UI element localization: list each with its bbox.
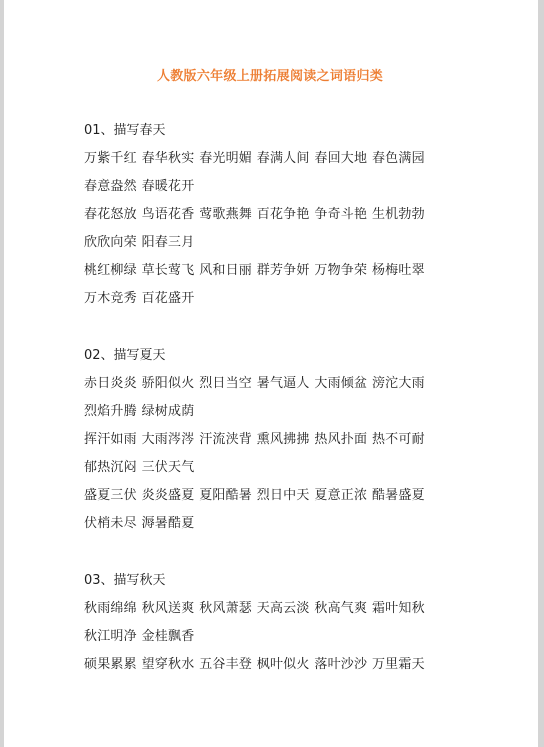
- idiom-word: 百花争艳: [257, 206, 310, 224]
- idiom-word: 万里霜天: [372, 656, 425, 674]
- word-line: 盛夏三伏炎炎盛夏夏阳酷暑烈日中天夏意正浓酷暑盛夏: [84, 487, 434, 505]
- idiom-word: 春花怒放: [84, 206, 137, 224]
- idiom-word: 望穿秋水: [142, 656, 195, 674]
- idiom-word: 五谷丰登: [199, 656, 252, 674]
- idiom-word: 酷暑盛夏: [372, 487, 425, 505]
- word-line: 烈焰升腾绿树成荫: [84, 403, 434, 421]
- idiom-word: 硕果累累: [84, 656, 137, 674]
- idiom-word: 烈焰升腾: [84, 403, 137, 421]
- idiom-word: 春回大地: [314, 150, 367, 168]
- idiom-word: 赤日炎炎: [84, 375, 137, 393]
- idiom-word: 绿树成荫: [142, 403, 195, 421]
- idiom-word: 大雨倾盆: [314, 375, 367, 393]
- word-line: 挥汗如雨大雨涔涔汗流浃背熏风拂拂热风扑面热不可耐: [84, 431, 434, 449]
- idiom-word: 三伏天气: [142, 459, 195, 477]
- idiom-word: 生机勃勃: [372, 206, 425, 224]
- idiom-word: 春暖花开: [142, 178, 195, 196]
- word-line: 万紫千红春华秋实春光明媚春满人间春回大地春色满园: [84, 150, 434, 168]
- idiom-word: 金桂飘香: [142, 628, 195, 646]
- document-title: 人教版六年级上册拓展阅读之词语归类: [0, 68, 540, 86]
- idiom-word: 万物争荣: [314, 262, 367, 280]
- idiom-word: 烈日中天: [257, 487, 310, 505]
- idiom-word: 落叶沙沙: [314, 656, 367, 674]
- idiom-word: 秋风萧瑟: [199, 600, 252, 618]
- idiom-word: 春满人间: [257, 150, 310, 168]
- idiom-word: 百花盛开: [142, 290, 195, 308]
- idiom-word: 大雨涔涔: [142, 431, 195, 449]
- idiom-word: 桃红柳绿: [84, 262, 137, 280]
- page-edge-right: [538, 0, 544, 747]
- idiom-word: 熏风拂拂: [257, 431, 310, 449]
- idiom-word: 滂沱大雨: [372, 375, 425, 393]
- idiom-word: 天高云淡: [257, 600, 310, 618]
- idiom-word: 鸟语花香: [142, 206, 195, 224]
- idiom-word: 热不可耐: [372, 431, 425, 449]
- idiom-word: 挥汗如雨: [84, 431, 137, 449]
- idiom-word: 莺歌燕舞: [199, 206, 252, 224]
- idiom-word: 盛夏三伏: [84, 487, 137, 505]
- idiom-word: 夏阳酷暑: [199, 487, 252, 505]
- word-line: 硕果累累望穿秋水五谷丰登枫叶似火落叶沙沙万里霜天: [84, 656, 434, 674]
- idiom-word: 秋雨绵绵: [84, 600, 137, 618]
- idiom-word: 夏意正浓: [314, 487, 367, 505]
- idiom-word: 春色满园: [372, 150, 425, 168]
- word-line: 伏梢未尽溽暑酷夏: [84, 515, 434, 533]
- idiom-word: 霜叶知秋: [372, 600, 425, 618]
- idiom-word: 欣欣向荣: [84, 234, 137, 252]
- idiom-word: 草长莺飞: [142, 262, 195, 280]
- idiom-word: 春意盎然: [84, 178, 137, 196]
- idiom-word: 春光明媚: [199, 150, 252, 168]
- section-heading-autumn: 03、描写秋天: [84, 572, 166, 590]
- section-heading-summer: 02、描写夏天: [84, 347, 166, 365]
- idiom-word: 枫叶似火: [257, 656, 310, 674]
- idiom-word: 阳春三月: [142, 234, 195, 252]
- word-line: 春花怒放鸟语花香莺歌燕舞百花争艳争奇斗艳生机勃勃: [84, 206, 434, 224]
- word-line: 春意盎然春暖花开: [84, 178, 434, 196]
- idiom-word: 群芳争妍: [257, 262, 310, 280]
- section-heading-spring: 01、描写春天: [84, 122, 166, 140]
- idiom-word: 热风扑面: [314, 431, 367, 449]
- idiom-word: 溽暑酷夏: [142, 515, 195, 533]
- idiom-word: 万紫千红: [84, 150, 137, 168]
- word-line: 万木竞秀百花盛开: [84, 290, 434, 308]
- word-line: 秋雨绵绵秋风送爽秋风萧瑟天高云淡秋高气爽霜叶知秋: [84, 600, 434, 618]
- idiom-word: 风和日丽: [199, 262, 252, 280]
- idiom-word: 汗流浃背: [199, 431, 252, 449]
- idiom-word: 秋风送爽: [142, 600, 195, 618]
- idiom-word: 秋高气爽: [314, 600, 367, 618]
- idiom-word: 万木竞秀: [84, 290, 137, 308]
- idiom-word: 春华秋实: [142, 150, 195, 168]
- idiom-word: 杨梅吐翠: [372, 262, 425, 280]
- idiom-word: 秋江明净: [84, 628, 137, 646]
- idiom-word: 烈日当空: [199, 375, 252, 393]
- word-line: 郁热沉闷三伏天气: [84, 459, 434, 477]
- word-line: 赤日炎炎骄阳似火烈日当空暑气逼人大雨倾盆滂沱大雨: [84, 375, 434, 393]
- word-line: 桃红柳绿草长莺飞风和日丽群芳争妍万物争荣杨梅吐翠: [84, 262, 434, 280]
- idiom-word: 炎炎盛夏: [142, 487, 195, 505]
- idiom-word: 伏梢未尽: [84, 515, 137, 533]
- idiom-word: 暑气逼人: [257, 375, 310, 393]
- idiom-word: 争奇斗艳: [314, 206, 367, 224]
- idiom-word: 郁热沉闷: [84, 459, 137, 477]
- word-line: 秋江明净金桂飘香: [84, 628, 434, 646]
- idiom-word: 骄阳似火: [142, 375, 195, 393]
- word-line: 欣欣向荣阳春三月: [84, 234, 434, 252]
